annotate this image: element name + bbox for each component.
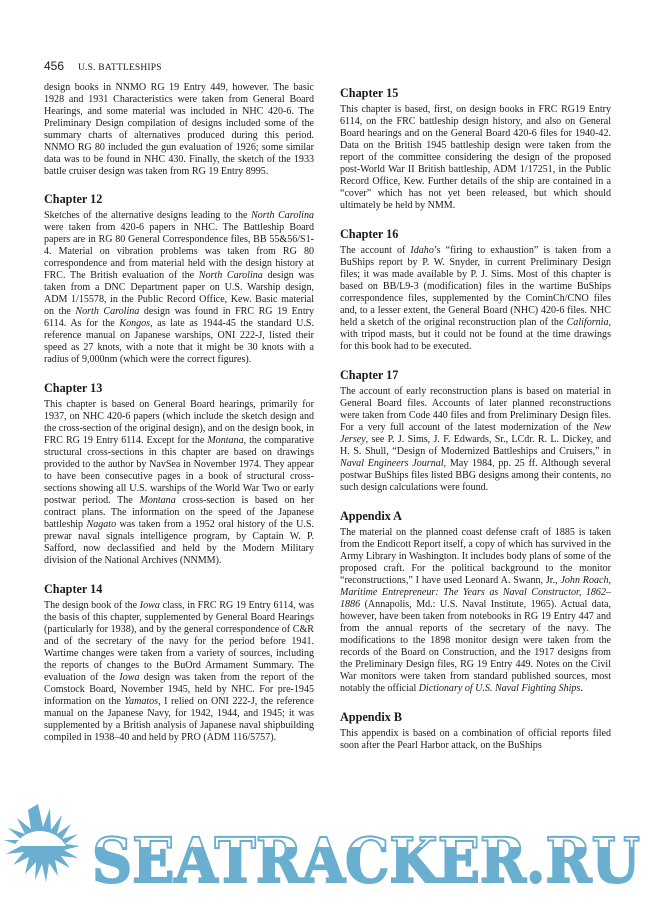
section-appendix-b: Appendix B This appendix is based on a c… — [340, 710, 611, 752]
section-chapter-13: Chapter 13 This chapter is based on Gene… — [44, 381, 314, 567]
section-chapter-14: Chapter 14 The design book of the Iowa c… — [44, 582, 314, 744]
section-body: The account of early reconstruction plan… — [340, 386, 611, 494]
section-body: Sketches of the alternative designs lead… — [44, 210, 314, 366]
section-chapter-15: Chapter 15 This chapter is based, first,… — [340, 86, 611, 212]
section-heading: Chapter 13 — [44, 381, 314, 395]
section-chapter-17: Chapter 17 The account of early reconstr… — [340, 368, 611, 494]
section-body: This appendix is based on a combination … — [340, 728, 611, 752]
running-head: 456 U.S. BATTLESHIPS — [44, 59, 162, 73]
continuation-text: design books in NNMO RG 19 Entry 449, ho… — [44, 82, 314, 178]
section-appendix-a: Appendix A The material on the planned c… — [340, 509, 611, 695]
right-column: Chapter 15 This chapter is based, first,… — [340, 86, 611, 767]
section-heading: Chapter 14 — [44, 582, 314, 596]
continuation-paragraph: design books in NNMO RG 19 Entry 449, ho… — [44, 82, 314, 178]
section-body: This chapter is based, first, on design … — [340, 104, 611, 212]
sun-icon — [4, 804, 80, 882]
page-number: 456 — [44, 59, 64, 73]
section-heading: Chapter 12 — [44, 192, 314, 206]
section-heading: Chapter 16 — [340, 227, 611, 241]
watermark-logo: SEATRACKER.RU SEATRACKER.RU — [0, 800, 650, 899]
section-body: The design book of the Iowa class, in FR… — [44, 600, 314, 744]
section-body: This chapter is based on General Board h… — [44, 399, 314, 567]
section-heading: Chapter 15 — [340, 86, 611, 100]
section-body: The material on the planned coast defens… — [340, 527, 611, 695]
section-heading: Appendix B — [340, 710, 611, 724]
section-chapter-16: Chapter 16 The account of Idaho’s “firin… — [340, 227, 611, 353]
running-title: U.S. BATTLESHIPS — [78, 63, 162, 73]
section-heading: Chapter 17 — [340, 368, 611, 382]
section-heading: Appendix A — [340, 509, 611, 523]
watermark-svg: SEATRACKER.RU SEATRACKER.RU — [0, 800, 650, 899]
left-column: design books in NNMO RG 19 Entry 449, ho… — [44, 82, 314, 759]
section-body: The account of Idaho’s “firing to exhaus… — [340, 245, 611, 353]
section-chapter-12: Chapter 12 Sketches of the alternative d… — [44, 192, 314, 366]
watermark-text: SEATRACKER.RU SEATRACKER.RU — [92, 824, 640, 897]
